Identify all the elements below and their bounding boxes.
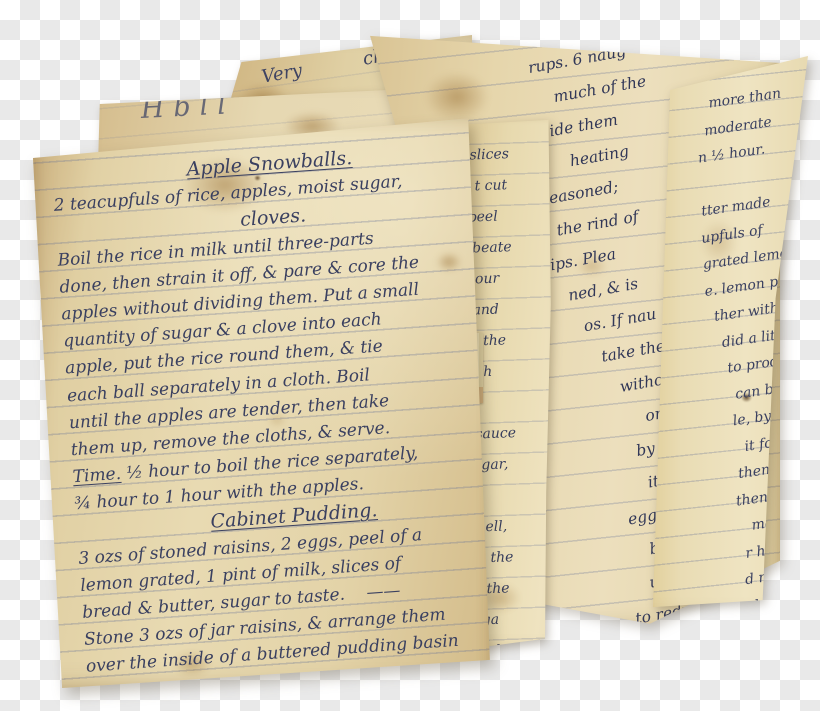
- recipe-photo-canvas: Verych Hbll good. rups. 6 naug much of t…: [0, 0, 820, 711]
- time-label: Time.: [72, 464, 122, 487]
- front-recipe-text: Apple Snowballs. 2 teacupfuls of rice, a…: [51, 136, 522, 682]
- underlined-word: good.: [555, 13, 601, 38]
- paper-front: Apple Snowballs. 2 teacupfuls of rice, a…: [25, 110, 495, 695]
- front-recipe-sheet: Apple Snowballs. 2 teacupfuls of rice, a…: [25, 110, 495, 695]
- rightmost-sheet: more than moderate n ½ hour. tter made u…: [635, 35, 820, 620]
- paper-rightmost: more than moderate n ½ hour. tter made u…: [635, 35, 820, 620]
- rightmost-text: more than moderate n ½ hour. tter made u…: [677, 73, 820, 620]
